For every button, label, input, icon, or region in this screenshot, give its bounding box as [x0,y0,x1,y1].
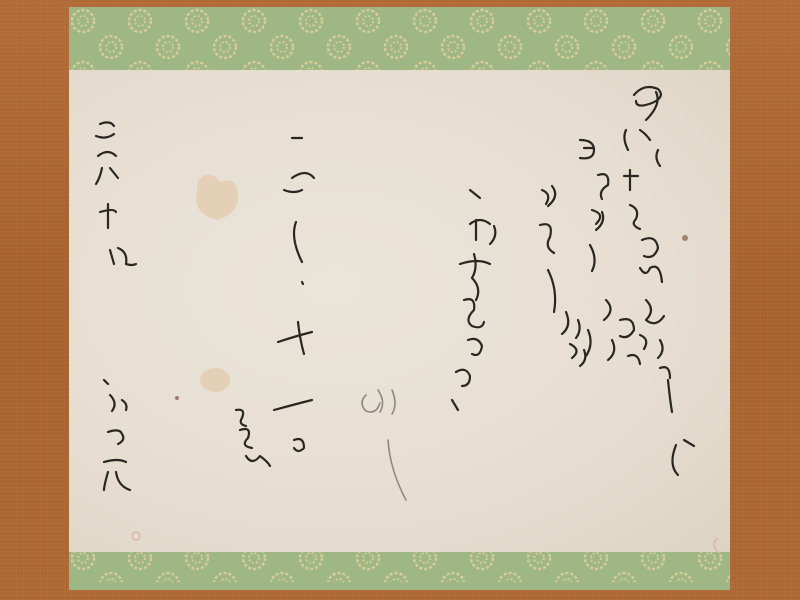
water-stains [196,174,238,392]
calligraphy-ink [0,0,800,600]
